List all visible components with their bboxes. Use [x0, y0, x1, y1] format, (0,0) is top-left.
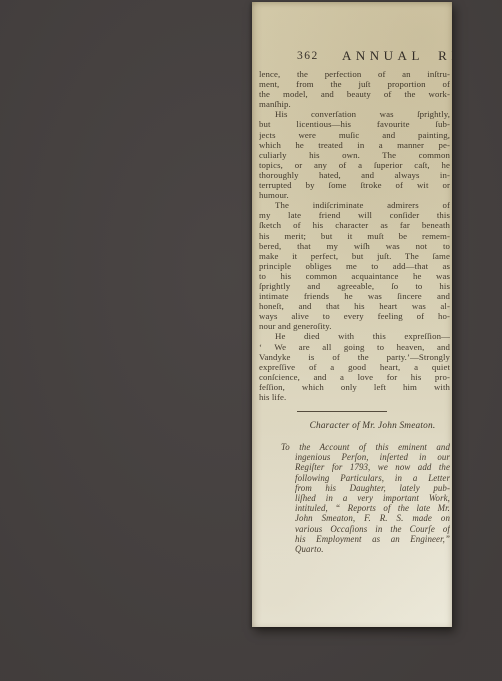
text-line: His converſation was ſprightly, — [259, 109, 450, 119]
page-header: 362 ANNUAL RE — [252, 48, 452, 64]
text-line: nour and generoſity. — [259, 321, 450, 331]
letter-line: various Occaſions in the Courſe of — [295, 524, 450, 534]
text-line: his merit; but it muſt be remem- — [259, 231, 450, 241]
text-line: feſſion, which only left him with — [259, 382, 450, 392]
text-line: terrupted by ſome ſtroke of wit or — [259, 180, 450, 190]
section-divider — [297, 411, 387, 412]
text-line: The indiſcriminate admirers of — [259, 200, 450, 210]
text-line: intimate friends he was ſincere and — [259, 291, 450, 301]
letter-paragraph: To the Account of this eminent andingeni… — [295, 442, 450, 554]
text-line: ſprightly and agreeable, ſo to his — [259, 281, 450, 291]
letter-line: liſhed in a very important Work, — [295, 493, 450, 503]
text-line: topics, or any of a ſuperior caſt, he — [259, 160, 450, 170]
text-line: ‘ We are all going to heaven, and — [259, 342, 450, 352]
text-line: the model, and beauty of the work- — [259, 89, 450, 99]
text-column: lence, the perfection of an inſtru-ment,… — [259, 69, 450, 554]
text-line: bered, that my wiſh was not to — [259, 241, 450, 251]
text-line: He died with this expreſſion— — [259, 331, 450, 341]
paragraph: lence, the perfection of an inſtru-ment,… — [259, 69, 450, 109]
text-line: to his common acquaintance he was — [259, 271, 450, 281]
letter-line: his Employment as an Engineer,” — [295, 534, 450, 544]
letter-line: ingenious Perſon, inſerted in our — [295, 452, 450, 462]
letter-line: To the Account of this eminent and — [281, 442, 450, 452]
section-heading: Character of Mr. John Smeaton. — [295, 420, 450, 432]
paragraph: He died with this expreſſion—‘ We are al… — [259, 331, 450, 402]
text-line: my late friend will conſider this — [259, 210, 450, 220]
text-line: principle obliges me to add—that as — [259, 261, 450, 271]
letter-line: intituled, “ Reports of the late Mr. — [295, 503, 450, 513]
text-line: his life. — [259, 392, 450, 402]
text-line: humour. — [259, 190, 450, 200]
letter-line: from his Daughter, lately pub- — [295, 483, 450, 493]
paragraph: His converſation was ſprightly,but licen… — [259, 109, 450, 200]
text-line: thoroughly hated, and always in- — [259, 170, 450, 180]
text-line: lence, the perfection of an inſtru- — [259, 69, 450, 79]
letter-line: John Smeaton, F. R. S. made on — [295, 513, 450, 523]
text-line: ment, from the juſt proportion of — [259, 79, 450, 89]
photo-background: 362 ANNUAL RE lence, the perfection of a… — [0, 0, 502, 681]
text-line: conſcience, and a love for his pro- — [259, 372, 450, 382]
text-line: make it perfect, but juſt. The ſame — [259, 251, 450, 261]
paragraph: The indiſcriminate admirers ofmy late fr… — [259, 200, 450, 331]
text-line: but licentious—his favourite ſub- — [259, 119, 450, 129]
page-number: 362 — [297, 50, 319, 62]
letter-line: Regiſter for 1793, we now add the — [295, 462, 450, 472]
text-line: ſketch of his character as far beneath — [259, 220, 450, 230]
text-line: Vandyke is of the party.’—Strongly — [259, 352, 450, 362]
text-line: ways alive to every feeling of ho- — [259, 311, 450, 321]
text-line: culiarly his own. The common — [259, 150, 450, 160]
text-line: jects were muſic and painting, — [259, 130, 450, 140]
text-line: honeſt, and that his heart was al- — [259, 301, 450, 311]
letter-line: following Particulars, in a Letter — [295, 473, 450, 483]
scanned-page: 362 ANNUAL RE lence, the perfection of a… — [252, 2, 452, 627]
text-line: manſhip. — [259, 99, 450, 109]
journal-title: ANNUAL RE — [342, 48, 452, 64]
letter-line: Quarto. — [295, 544, 450, 554]
text-line: expreſſive of a good heart, a quiet — [259, 362, 450, 372]
body-paragraphs: lence, the perfection of an inſtru-ment,… — [259, 69, 450, 402]
text-line: which he treated in a manner pe- — [259, 140, 450, 150]
